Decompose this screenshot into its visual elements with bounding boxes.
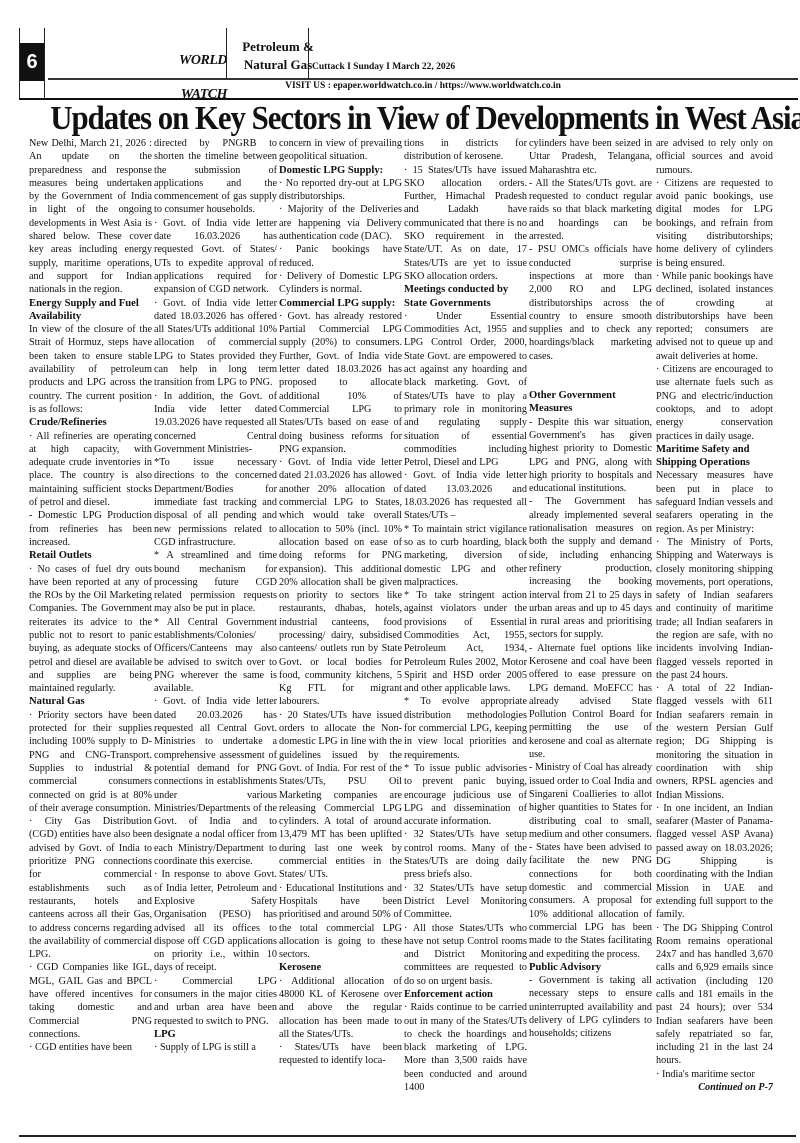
border-line — [44, 28, 45, 99]
paragraph: Necessary measures have been put in plac… — [656, 469, 773, 535]
paragraph: · Educational Institutions and Hospitals… — [279, 882, 402, 962]
article-column-4: tions in districts for distribution of k… — [404, 137, 527, 1132]
paragraph: · While panic bookings have declined, is… — [656, 270, 773, 363]
paragraph: · The Ministry of Ports, Shipping and Wa… — [656, 536, 773, 682]
paragraph: concern in view of prevailing geopolitic… — [279, 137, 402, 164]
paragraph: · Citizens are encouraged to use alterna… — [656, 363, 773, 443]
paragraph: · 32 States/UTs have setup control rooms… — [404, 828, 527, 881]
article-column-1: New Delhi, March 21, 2026 : An update on… — [29, 137, 152, 1132]
paragraph: · All refineries are operating at high c… — [29, 430, 152, 510]
subheading: Enforcement action — [404, 988, 527, 1001]
paragraph: · CGD Companies like IGL, MGL, GAIL Gas … — [29, 961, 152, 1041]
paragraph: · Govt. of India vide letter dated 21.03… — [279, 456, 402, 709]
subheading: Public Advisory — [529, 961, 652, 974]
paragraph: · Govt. of India vide letter dated 20.03… — [154, 695, 277, 868]
paragraph: · In one incident, an Indian seafarer (M… — [656, 802, 773, 922]
paragraph: · Citizens are requested to avoid panic … — [656, 177, 773, 270]
paragraph: * A streamlined and time bound mechanism… — [154, 549, 277, 615]
paragraph: · City Gas Distribution (CGD) entities h… — [29, 815, 152, 961]
paragraph: In view of the closure of the Strait of … — [29, 323, 152, 416]
headline: Updates on Key Sectors in View of Develo… — [50, 99, 768, 139]
header-rule — [48, 78, 798, 80]
paragraph: · Govt. of India vide letter date 16.03.… — [154, 217, 277, 297]
paragraph: · Supply of LPG is still a — [154, 1041, 277, 1054]
subheading: Domestic LPG Supply: — [279, 164, 402, 177]
paragraph: * All Central Government establishments/… — [154, 616, 277, 696]
visit-links[interactable]: VISIT US : epaper.worldwatch.co.in / htt… — [48, 81, 798, 91]
paragraph: · Majority of the Deliveries are happeni… — [279, 203, 402, 243]
paragraph: * To maintain strict vigilance so as to … — [404, 523, 527, 589]
paragraph: - Despite this war situation, Government… — [529, 416, 652, 496]
paragraph: - PSU OMCs officials have conducted surp… — [529, 243, 652, 363]
paragraph: New Delhi, March 21, 2026 : An update on… — [29, 137, 152, 297]
paragraph: - Government is taking all necessary ste… — [529, 974, 652, 1040]
paragraph: * To take stringent action against viola… — [404, 589, 527, 695]
subheading: Natural Gas — [29, 695, 152, 708]
article-column-5: cylinders have been seized in Uttar Prad… — [529, 137, 652, 1132]
article-column-2: directed by PNGRB to shorten the timelin… — [154, 137, 277, 1132]
page-number-badge: 6 — [20, 43, 44, 81]
paragraph: · Panic bookings have reduced. — [279, 243, 402, 270]
paragraph: · Govt. has already restored Partial Com… — [279, 310, 402, 456]
paragraph: · No reported dry-out at LPG distributor… — [279, 177, 402, 204]
paragraph: * To evolve appropriate distribution met… — [404, 695, 527, 761]
world-watch-logo: WORLD WATCH — [165, 44, 227, 78]
paragraph: * To issue public advisories to prevent … — [404, 762, 527, 828]
paragraph: · A total of 22 Indian-flagged vessels w… — [656, 682, 773, 802]
paragraph: · No cases of fuel dry outs have been re… — [29, 563, 152, 696]
paragraph: directed by PNGRB to shorten the timelin… — [154, 137, 277, 217]
newspaper-page: 6 WORLD WATCH Petroleum & Natural Gas Cu… — [0, 0, 800, 1143]
subheading: Other Government Measures — [529, 389, 652, 416]
paragraph: · 15 States/UTs have issued SKO allocati… — [404, 164, 527, 284]
continued-link[interactable]: Continued on P-7 — [656, 1081, 773, 1094]
paragraph: · 20 States/UTs have issued orders to al… — [279, 709, 402, 882]
dateline: Cuttack I Sunday I March 22, 2026 — [312, 62, 455, 72]
article-body: New Delhi, March 21, 2026 : An update on… — [29, 137, 799, 1132]
paragraph: · 32 States/UTs have setup District Leve… — [404, 882, 527, 922]
footer-rule — [19, 1135, 796, 1137]
paragraph: · States/UTs have been requested to iden… — [279, 1041, 402, 1068]
paragraph: *To issue necessary directions to the co… — [154, 456, 277, 549]
subheading: Commercial LPG supply: — [279, 297, 402, 310]
spacer — [529, 363, 652, 389]
paragraph: · CGD entities have been — [29, 1041, 152, 1054]
paragraph: - Domestic LPG Production from refinerie… — [29, 509, 152, 549]
subheading: Meetings conducted by State Governments — [404, 283, 527, 310]
paragraph: - The Government has already implemented… — [529, 495, 652, 641]
paragraph: · Priority sectors have been protected f… — [29, 709, 152, 815]
subheading: Energy Supply and Fuel Availability — [29, 297, 152, 324]
subheading: Kerosene — [279, 961, 402, 974]
paragraph: · All those States/UTs who have not setu… — [404, 922, 527, 988]
paragraph: - All the States/UTs govt. are requested… — [529, 177, 652, 243]
paragraph: · In addition, the Govt. of India vide l… — [154, 390, 277, 456]
paragraph: · India's maritime sector — [656, 1068, 773, 1081]
paragraph: · Delivery of Domestic LPG Cylinders is … — [279, 270, 402, 297]
paragraph: · Additional allocation of 48000 KL of K… — [279, 975, 402, 1041]
paragraph: - States have been advised to facilitate… — [529, 841, 652, 961]
subheading: Maritime Safety and Shipping Operations — [656, 443, 773, 470]
article-column-6: are advised to rely only on official sou… — [656, 137, 773, 1132]
paragraph: - Ministry of Coal has already issued or… — [529, 761, 652, 841]
paragraph: · Govt. of India vide letter dated 13.03… — [404, 469, 527, 522]
subheading: LPG — [154, 1028, 277, 1041]
paragraph: · Under Essential Commodities Act, 1955 … — [404, 310, 527, 470]
subheading: Retail Outlets — [29, 549, 152, 562]
paragraph: · Raids continue to be carried out in ma… — [404, 1001, 527, 1094]
divider — [226, 28, 227, 80]
paragraph: · The DG Shipping Control Room remains o… — [656, 922, 773, 1068]
paragraph: cylinders have been seized in Uttar Prad… — [529, 137, 652, 177]
divider — [308, 28, 309, 80]
paragraph: tions in districts for distribution of k… — [404, 137, 527, 164]
paragraph: - Alternate fuel options like Kerosene a… — [529, 642, 652, 762]
paragraph: · Commercial LPG consumers in the major … — [154, 975, 277, 1028]
paragraph: · In response to above Govt. of India le… — [154, 868, 277, 974]
paragraph: · Govt. of India vide letter dated 18.03… — [154, 297, 277, 390]
paragraph: are advised to rely only on official sou… — [656, 137, 773, 177]
article-column-3: concern in view of prevailing geopolitic… — [279, 137, 402, 1132]
subheading: Crude/Refineries — [29, 416, 152, 429]
